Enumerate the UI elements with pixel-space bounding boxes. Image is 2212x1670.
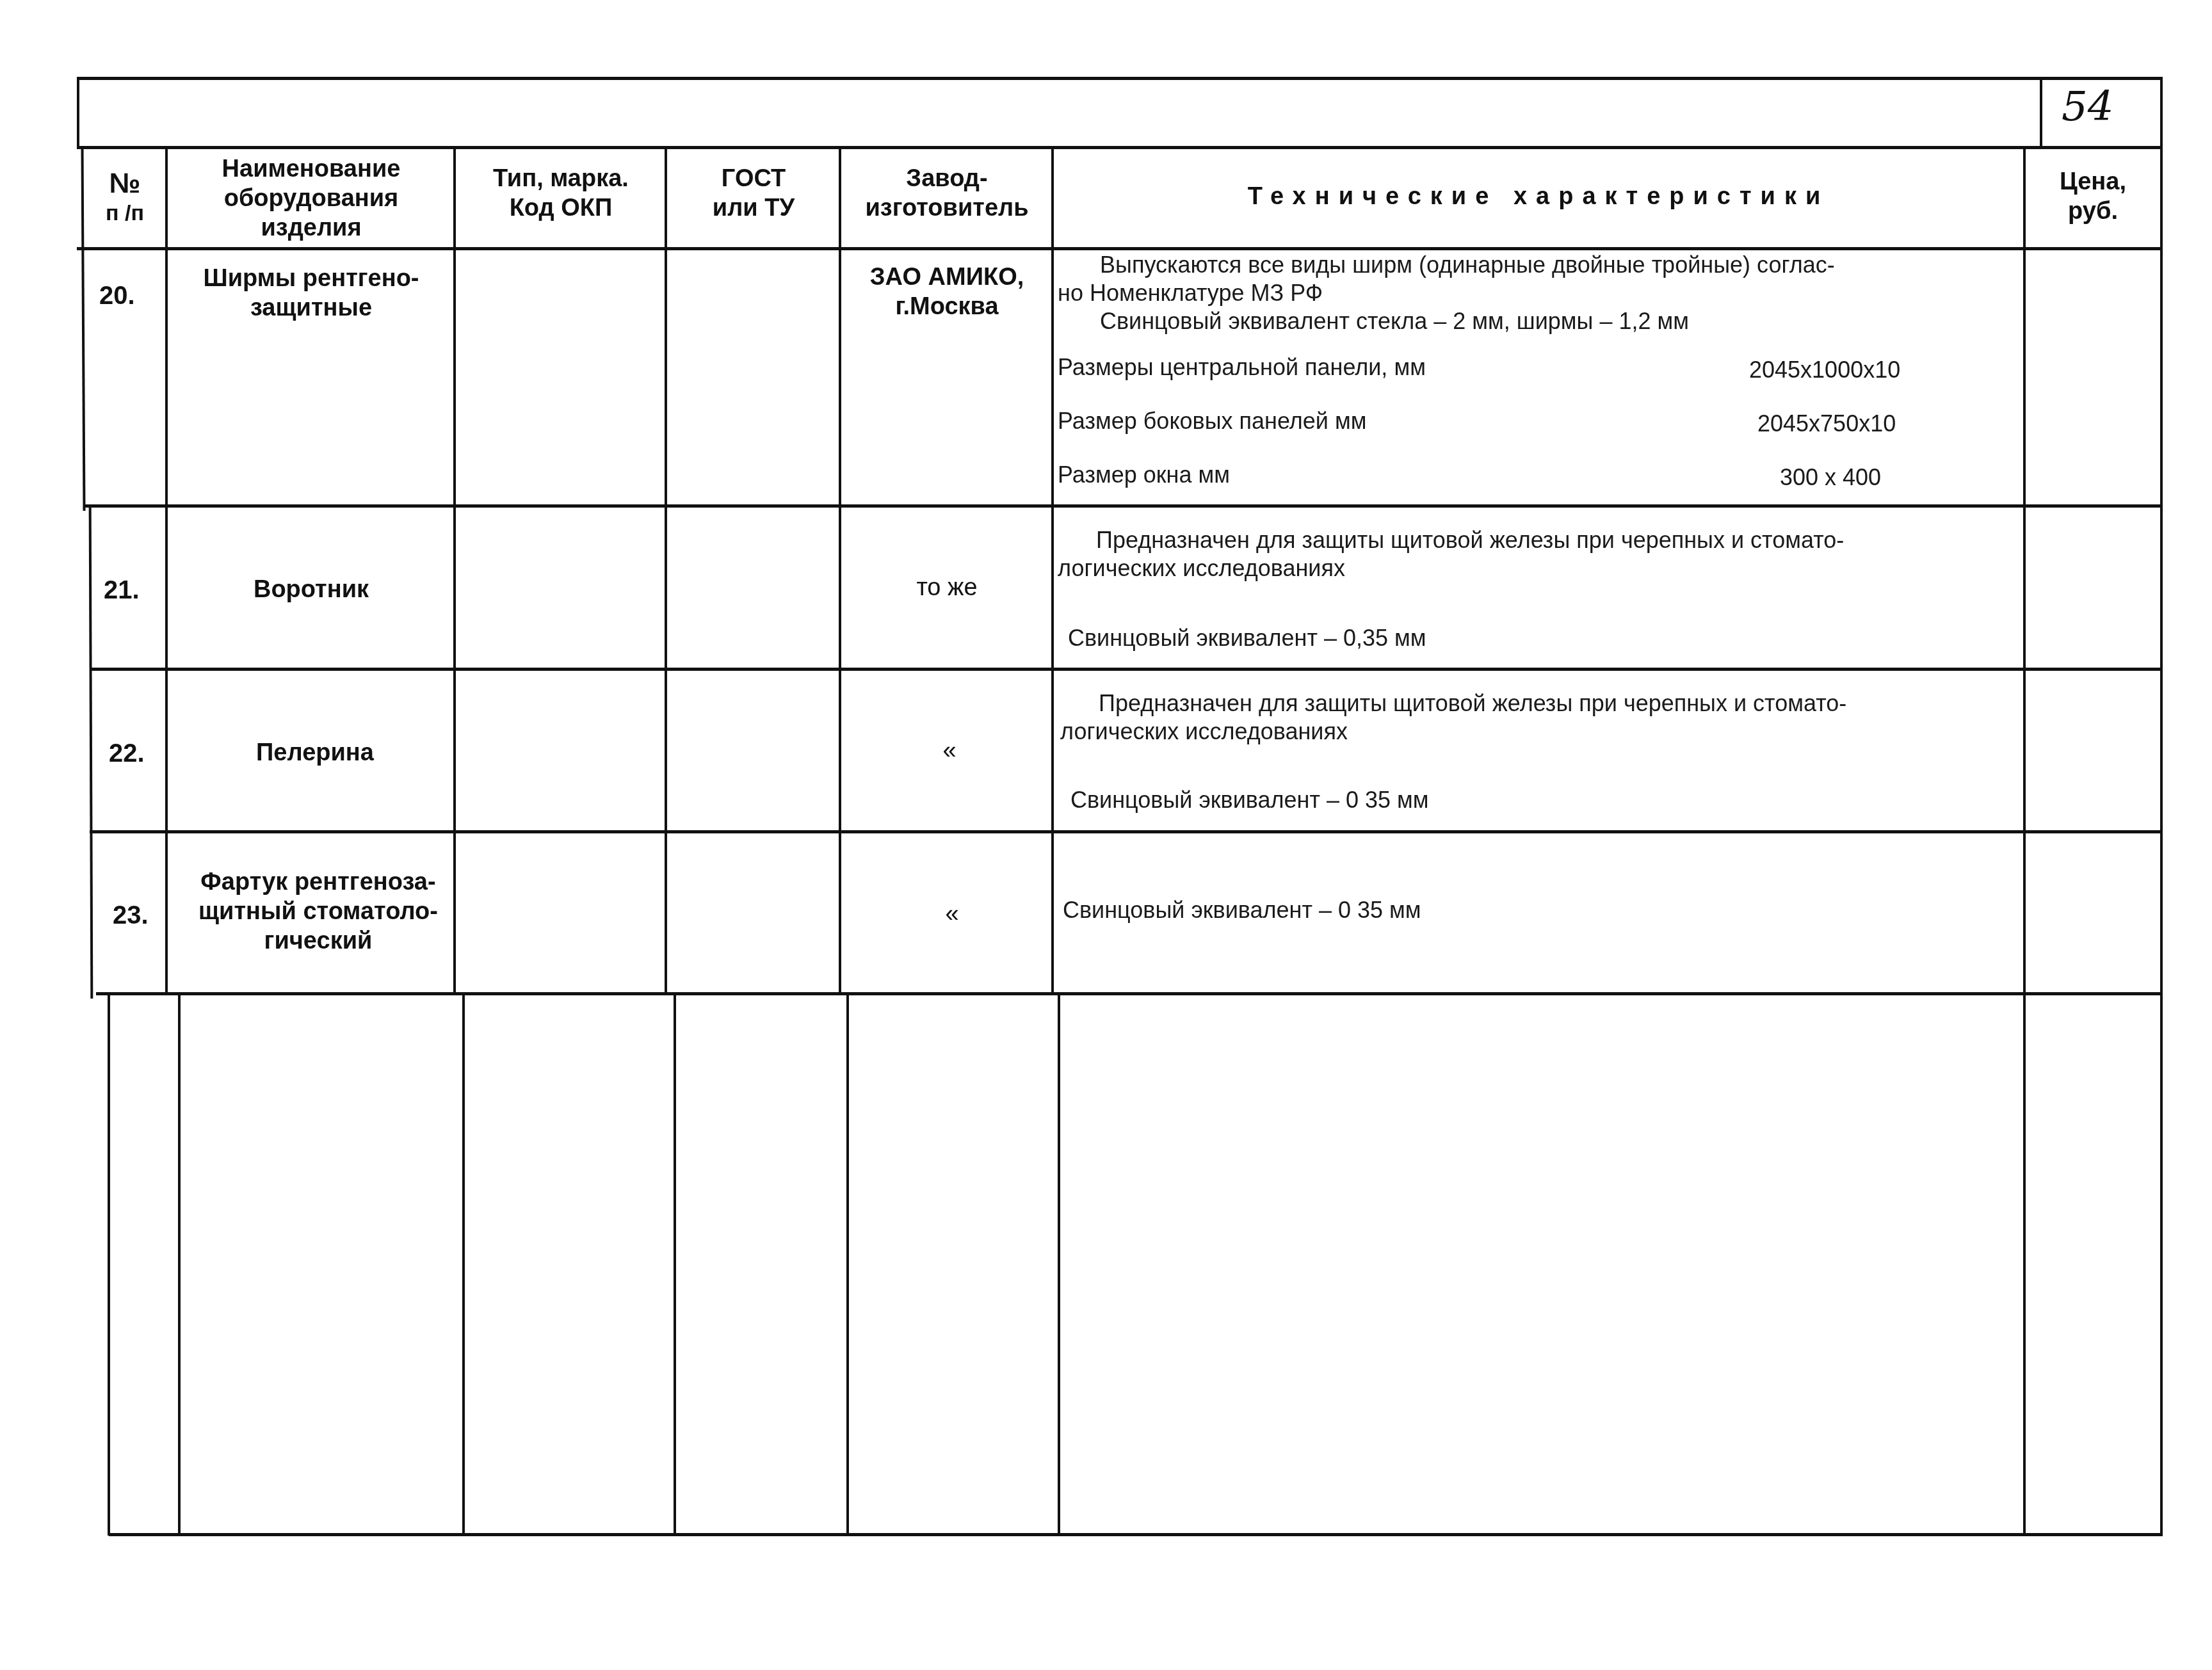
spec-extra: Свинцовый эквивалент – 0 35 мм	[1063, 896, 1421, 924]
table-left-border-lower	[89, 506, 93, 999]
header-num: № п /п	[83, 149, 166, 248]
spec-extra: Свинцовый эквивалент – 0 35 мм	[1070, 786, 1429, 814]
item-name-line: защитные	[250, 293, 372, 323]
header-maker: Завод- изготовитель	[841, 149, 1053, 238]
table-right-border	[2160, 77, 2163, 1536]
item-name-line: Воротник	[254, 575, 369, 604]
row-number: 20.	[99, 282, 135, 310]
header-maker-line: Завод-	[906, 164, 987, 193]
manufacturer-line: ЗАО АМИКО,	[870, 262, 1024, 292]
header-type-line: Тип, марка.	[493, 164, 629, 193]
item-name-line: щитный стоматоло-	[198, 897, 438, 926]
spec-line: Предназначен для защиты щитовой железы п…	[1058, 526, 2018, 554]
manufacturer-line: г.Москва	[895, 292, 998, 321]
header-gost-line: ГОСТ	[722, 164, 786, 193]
header-maker-line: изготовитель	[865, 193, 1028, 223]
spec-line: логических исследованиях	[1060, 718, 2021, 746]
item-name-line: Фартук рентгеноза-	[200, 867, 435, 897]
spec-line: но Номенклатуре МЗ РФ	[1058, 279, 2018, 307]
header-specs: Технические характеристики	[1054, 149, 2023, 245]
header-name-line: изделия	[261, 213, 361, 243]
table-left-border	[77, 77, 79, 149]
col-divider-type	[665, 147, 667, 995]
manufacturer: ЗАО АМИКО, г.Москва	[841, 262, 1053, 321]
manufacturer: «	[844, 736, 1055, 766]
table-bottom-border	[109, 1533, 2163, 1536]
manufacturer-line: «	[942, 736, 956, 766]
manufacturer-line: то же	[916, 573, 977, 602]
item-name: Ширмы рентгено- защитные	[168, 264, 455, 323]
page-number: 54	[2062, 83, 2113, 131]
table-top-border	[77, 77, 2163, 80]
col-divider-num-lower	[178, 993, 181, 1534]
item-name: Фартук рентгеноза- щитный стоматоло- гич…	[174, 867, 462, 956]
header-type-line: Код ОКП	[510, 193, 613, 223]
item-name-line: Ширмы рентгено-	[203, 264, 419, 293]
row-number: 22.	[109, 739, 145, 768]
item-name: Пелерина	[172, 738, 458, 767]
manufacturer: то же	[841, 573, 1053, 602]
col-divider-gost-lower	[846, 993, 849, 1534]
col-divider-maker-lower	[1058, 993, 1060, 1534]
header-num-symbol: №	[109, 169, 140, 198]
manufacturer-line: «	[945, 899, 958, 929]
spec-line: Свинцовый эквивалент стекла – 2 мм, ширм…	[1058, 307, 2018, 335]
item-name-line: Пелерина	[256, 738, 374, 767]
spec-text: Выпускаются все виды ширм (одинарные дво…	[1058, 251, 2018, 335]
col-divider-name-lower	[462, 993, 465, 1534]
page-number-box-border	[2040, 77, 2042, 149]
row-21-bottom-border	[90, 668, 2163, 671]
header-name-line: Наименование	[222, 154, 401, 184]
spec-line: Предназначен для защиты щитовой железы п…	[1060, 689, 2021, 718]
spec-param-label: Размеры центральной панели, мм	[1058, 353, 1426, 381]
spec-extra: Свинцовый эквивалент – 0,35 мм	[1068, 624, 1426, 652]
spec-param-value: 2045x750x10	[1757, 410, 1896, 438]
header-price: Цена, руб.	[2026, 149, 2160, 245]
row-number: 21.	[104, 576, 140, 605]
col-divider-type-lower	[674, 993, 676, 1534]
header-type: Тип, марка. Код ОКП	[456, 149, 666, 238]
col-divider-specs	[2023, 146, 2026, 1535]
spec-text: Предназначен для защиты щитовой железы п…	[1058, 526, 2018, 582]
spec-line: логических исследованиях	[1058, 554, 2018, 582]
spec-param-value: 300 x 400	[1780, 463, 1881, 492]
manufacturer: «	[846, 899, 1058, 929]
row-number: 23.	[113, 901, 149, 930]
spec-text: Предназначен для защиты щитовой железы п…	[1060, 689, 2021, 746]
row-22-bottom-border	[90, 830, 2163, 833]
item-name: Воротник	[168, 575, 455, 604]
header-num-sub: п /п	[106, 198, 144, 228]
header-name-line: оборудования	[224, 184, 399, 213]
header-gost: ГОСТ или ТУ	[667, 149, 840, 238]
header-price-line: руб.	[2068, 197, 2118, 226]
spec-param-value: 2045x1000x10	[1749, 356, 1900, 384]
spec-param-label: Размер боковых панелей мм	[1058, 407, 1366, 435]
row-23-bottom-border	[96, 992, 2163, 995]
table-left-border-bottom	[108, 993, 110, 1536]
header-name: Наименование оборудования изделия	[168, 149, 455, 248]
spec-param-label: Размер окна мм	[1058, 461, 1230, 489]
item-name-line: гический	[264, 926, 373, 956]
row-20-bottom-border	[83, 504, 2163, 508]
header-price-line: Цена,	[2060, 167, 2126, 197]
header-gost-line: или ТУ	[713, 193, 795, 223]
spec-line: Выпускаются все виды ширм (одинарные дво…	[1058, 251, 2018, 279]
